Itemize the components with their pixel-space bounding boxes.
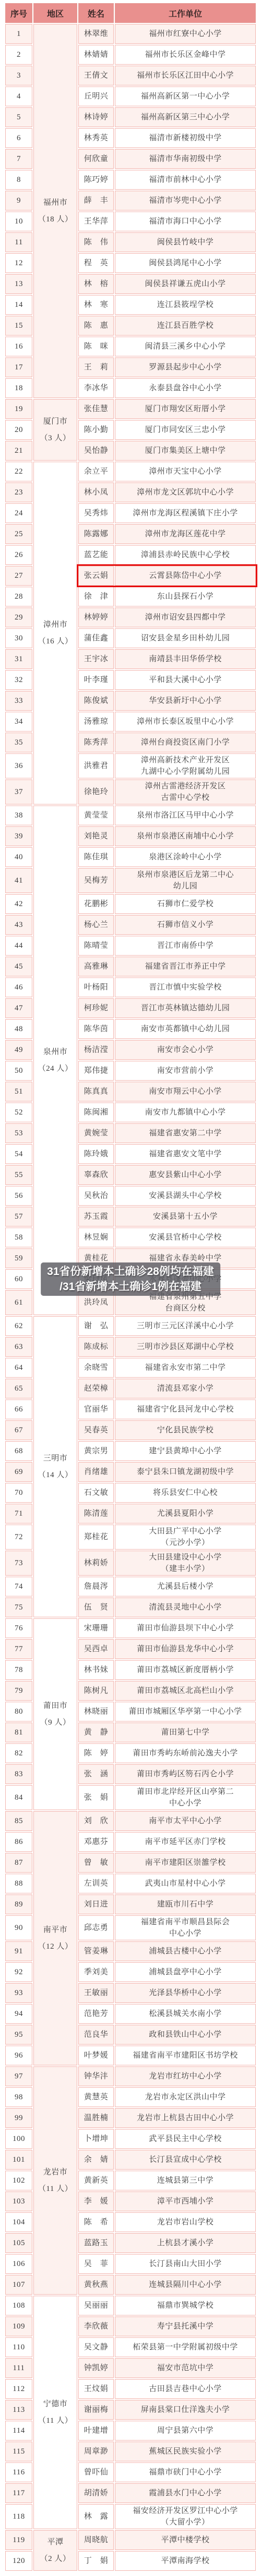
name-cell: 陈 伟 bbox=[78, 232, 114, 252]
unit-cell: 龙岩市上杭县古田中心小学 bbox=[115, 2108, 256, 2128]
unit-cell: 福州市长乐区金峰中学 bbox=[115, 45, 256, 65]
row-number-cell: 77 bbox=[5, 1639, 32, 1659]
name-cell: 伍 贤 bbox=[78, 1597, 114, 1617]
unit-cell: 龙岩市红坊中心小学 bbox=[115, 2066, 256, 2086]
unit-cell: 福清市前林中心小学 bbox=[115, 170, 256, 190]
row-number-cell: 33 bbox=[5, 691, 32, 711]
unit-cell: 漳州市龙海区程溪镇下庄小学 bbox=[115, 503, 256, 523]
name-cell: 邓惠芬 bbox=[78, 1832, 114, 1852]
name-cell: 钟凯婷 bbox=[78, 2358, 114, 2378]
row-number-cell: 88 bbox=[5, 1874, 32, 1893]
row-number-cell: 110 bbox=[5, 2337, 32, 2357]
row-number-cell: 103 bbox=[5, 2191, 32, 2211]
name-cell: 陈 婷 bbox=[78, 1743, 114, 1763]
unit-cell: 武夷山市星村中心小学 bbox=[115, 1874, 256, 1893]
row-number-cell: 37 bbox=[5, 779, 32, 804]
unit-cell: 大田县建设中心小学 （建丰小学） bbox=[115, 1551, 256, 1576]
name-cell: 季刘美 bbox=[78, 1962, 114, 1982]
row-number-cell: 41 bbox=[5, 868, 32, 893]
row-number-cell: 119 bbox=[5, 2530, 32, 2550]
row-number-cell: 16 bbox=[5, 337, 32, 356]
name-cell: 陈小勤 bbox=[78, 420, 114, 440]
name-cell: 余晓雪 bbox=[78, 1358, 114, 1378]
unit-cell: 清流县灵地中心小学 bbox=[115, 1597, 256, 1617]
region-name: 龙岩市 bbox=[35, 2166, 76, 2178]
name-cell: 杨洁滢 bbox=[78, 1040, 114, 1060]
name-cell: 刘 欣 bbox=[78, 1811, 114, 1831]
name-cell: 陈秀萍 bbox=[78, 733, 114, 752]
unit-cell: 周宁县第六中学 bbox=[115, 2421, 256, 2441]
name-cell: 吴西卓 bbox=[78, 1639, 114, 1659]
name-cell: 吴梅芳 bbox=[78, 868, 114, 893]
name-cell: 黄新英 bbox=[78, 2171, 114, 2190]
name-cell: 黄 静 bbox=[78, 1723, 114, 1742]
unit-cell: 华安县新圩中心小学 bbox=[115, 691, 256, 711]
unit-cell: 福鼎市硖门中心小学 bbox=[115, 2462, 256, 2482]
unit-cell: 晋江市慎中实验学校 bbox=[115, 977, 256, 997]
row-number-cell: 22 bbox=[5, 462, 32, 481]
name-cell: 柯珍妮 bbox=[78, 998, 114, 1018]
unit-cell: 建宁县黄埠中心小学 bbox=[115, 1441, 256, 1461]
unit-cell: 南安市会心小学 bbox=[115, 1040, 256, 1060]
row-number-cell: 2 bbox=[5, 45, 32, 65]
unit-cell: 浦城县古楼中心小学 bbox=[115, 1941, 256, 1961]
region-name: 福州市 bbox=[35, 196, 76, 209]
name-cell: 叶李瑾 bbox=[78, 670, 114, 690]
row-number-cell: 92 bbox=[5, 1962, 32, 1982]
name-cell: 王 莉 bbox=[78, 357, 114, 377]
row-number-cell: 65 bbox=[5, 1379, 32, 1398]
unit-cell: 漳州市龙海区莲花中学 bbox=[115, 524, 256, 544]
row-number-cell: 91 bbox=[5, 1941, 32, 1961]
name-cell: 林婧婧 bbox=[78, 45, 114, 65]
row-number-cell: 118 bbox=[5, 2504, 32, 2529]
row-number-cell: 114 bbox=[5, 2421, 32, 2441]
unit-cell: 霞浦县水门中心小学 bbox=[115, 2483, 256, 2503]
row-number-cell: 107 bbox=[5, 2275, 32, 2295]
row-number-cell: 45 bbox=[5, 957, 32, 976]
table-header: 序号 地区 姓名 工作单位 bbox=[5, 3, 256, 23]
unit-cell: 松溪县城关水南小学 bbox=[115, 2004, 256, 2024]
name-cell: 张云娟 bbox=[78, 566, 114, 586]
unit-cell: 莆田市仙游县龙华中心小学 bbox=[115, 1639, 256, 1659]
unit-cell: 闽侯县祥谦五虎山小学 bbox=[115, 274, 256, 294]
name-cell: 邱志勇 bbox=[78, 1915, 114, 1940]
name-cell: 官丽华 bbox=[78, 1400, 114, 1419]
unit-cell: 将乐县安仁中心校 bbox=[115, 1483, 256, 1503]
row-number-cell: 85 bbox=[5, 1811, 32, 1831]
unit-cell: 漳州高新技术产业开发区 九湖中心小学附属幼儿园 bbox=[115, 753, 256, 778]
unit-cell: 闽侯县竹岐中学 bbox=[115, 232, 256, 252]
row-number-cell: 17 bbox=[5, 357, 32, 377]
unit-cell: 政和县铁山中心小学 bbox=[115, 2025, 256, 2045]
row-number-cell: 99 bbox=[5, 2108, 32, 2128]
row-number-cell: 46 bbox=[5, 977, 32, 997]
unit-cell: 漳州市天宝中心小学 bbox=[115, 462, 256, 481]
name-cell: 杨心兰 bbox=[78, 915, 114, 935]
name-cell: 吴文静 bbox=[78, 2337, 114, 2357]
unit-cell: 福建省晋江市养正中学 bbox=[115, 957, 256, 976]
unit-cell: 漳州台商投资区南门小学 bbox=[115, 733, 256, 752]
name-cell: 程 英 bbox=[78, 253, 114, 273]
unit-cell: 石狮市仁爱学校 bbox=[115, 894, 256, 914]
region-name: 厦门市 bbox=[35, 415, 76, 428]
unit-cell: 福建省惠安文笔中学 bbox=[115, 1144, 256, 1164]
table-row: 19 厦门市 （3 人） 张佳慧 厦门市翔安区珩厝小学 bbox=[5, 399, 256, 419]
unit-cell: 长汀县宣成中心学校 bbox=[115, 2150, 256, 2170]
row-number-cell: 6 bbox=[5, 128, 32, 148]
region-count: （14 人） bbox=[35, 1469, 76, 1481]
unit-cell: 福安市范坑中学 bbox=[115, 2358, 256, 2378]
row-number-cell: 57 bbox=[5, 1207, 32, 1227]
row-number-cell: 51 bbox=[5, 1082, 32, 1101]
unit-cell: 罗源县起步中心小学 bbox=[115, 357, 256, 377]
row-number-cell: 67 bbox=[5, 1420, 32, 1440]
unit-cell: 大田县广平中心小学 （元沙小学） bbox=[115, 1525, 256, 1550]
row-number-cell: 109 bbox=[5, 2317, 32, 2336]
name-cell: 林晓丽 bbox=[78, 1702, 114, 1722]
name-cell: 高雅琳 bbox=[78, 957, 114, 976]
table-row: 119 平潭 （2 人） 周晓航 平潭中楼学校 bbox=[5, 2530, 256, 2550]
unit-cell: 厦门市集美区上塘中学 bbox=[115, 441, 256, 461]
row-number-cell: 111 bbox=[5, 2358, 32, 2378]
row-number-cell: 12 bbox=[5, 253, 32, 273]
region-count: （24 人） bbox=[35, 1062, 76, 1075]
unit-cell: 南靖县丰田华侨学校 bbox=[115, 649, 256, 669]
name-cell: 林 榕 bbox=[78, 274, 114, 294]
unit-cell: 莆田市城厢区华亭第一中心小学 bbox=[115, 1702, 256, 1722]
region-cell: 厦门市 （3 人） bbox=[33, 399, 77, 461]
unit-cell: 石狮市信义小学 bbox=[115, 915, 256, 935]
name-cell: 卜增坤 bbox=[78, 2129, 114, 2149]
row-number-cell: 62 bbox=[5, 1316, 32, 1336]
row-number-cell: 54 bbox=[5, 1144, 32, 1164]
unit-cell: 平潭南海学校 bbox=[115, 2551, 256, 2571]
name-cell: 曾吓仙 bbox=[78, 2462, 114, 2482]
name-cell: 陈树凡 bbox=[78, 1681, 114, 1701]
table-body: 1 福州市 （18 人） 林翠维 福州市红寮中心小学 2 林婧婧 福州市长乐区金… bbox=[5, 24, 256, 2571]
row-number-cell: 113 bbox=[5, 2400, 32, 2420]
row-number-cell: 116 bbox=[5, 2462, 32, 2482]
unit-cell: 宁化县民族学校 bbox=[115, 1420, 256, 1440]
table-row: 108 宁德市 （11 人） 吴丽丽 福鼎市巽城学校 bbox=[5, 2296, 256, 2315]
row-number-cell: 1 bbox=[5, 24, 32, 44]
row-number-cell: 38 bbox=[5, 806, 32, 825]
unit-cell: 福州市长乐区江田中心小学 bbox=[115, 66, 256, 85]
name-cell: 陈闽湘 bbox=[78, 1103, 114, 1122]
region-cell: 莆田市 （9 人） bbox=[33, 1618, 77, 1810]
name-cell: 蓝艺能 bbox=[78, 545, 114, 565]
row-number-cell: 81 bbox=[5, 1723, 32, 1742]
region-count: （9 人） bbox=[35, 1716, 76, 1729]
name-cell: 钟华沣 bbox=[78, 2066, 114, 2086]
row-number-cell: 97 bbox=[5, 2066, 32, 2086]
unit-cell: 福清市岑兜中心小学 bbox=[115, 191, 256, 210]
unit-cell: 安溪县第十五小学 bbox=[115, 1207, 256, 1227]
name-cell: 林小凤 bbox=[78, 482, 114, 502]
unit-cell: 南平市太平中心小学 bbox=[115, 1811, 256, 1831]
row-number-cell: 117 bbox=[5, 2483, 32, 2503]
name-cell: 陈成标 bbox=[78, 1337, 114, 1357]
name-cell: 林翠维 bbox=[78, 24, 114, 44]
unit-cell: 莆田市秀屿东峤前沁逸夫小学 bbox=[115, 1743, 256, 1763]
unit-cell: 平和县大溪中心小学 bbox=[115, 670, 256, 690]
unit-cell: 屏南县棠口仕洋逸夫小学 bbox=[115, 2400, 256, 2420]
name-cell: 李 媛 bbox=[78, 2191, 114, 2211]
name-cell: 詹晨涔 bbox=[78, 1577, 114, 1596]
unit-cell: 福建省南平市建阳区书坊学校 bbox=[115, 2046, 256, 2065]
unit-cell: 尤溪县夏阳小学 bbox=[115, 1504, 256, 1524]
row-number-cell: 27 bbox=[5, 566, 32, 586]
table-row: 85 南平市 （12 人） 刘 欣 南平市太平中心小学 bbox=[5, 1811, 256, 1831]
name-cell: 周章渺 bbox=[78, 2442, 114, 2461]
unit-cell: 南安市翔云中心小学 bbox=[115, 1082, 256, 1101]
name-cell: 黄秋燕 bbox=[78, 2275, 114, 2295]
region-count: （3 人） bbox=[35, 432, 76, 444]
region-cell: 平潭 （2 人） bbox=[33, 2530, 77, 2571]
row-number-cell: 66 bbox=[5, 1400, 32, 1419]
name-cell: 叶梦媛 bbox=[78, 2046, 114, 2065]
watermark-line2: /31省新增本土确诊1例在福建 bbox=[47, 1279, 214, 1294]
region-count: （16 人） bbox=[35, 635, 76, 648]
row-number-cell: 31 bbox=[5, 649, 32, 669]
name-cell: 陈华茵 bbox=[78, 1019, 114, 1039]
unit-cell: 闽清县三溪乡中心小学 bbox=[115, 337, 256, 356]
unit-cell: 泉州市泉港区后龙第二中心 幼儿园 bbox=[115, 868, 256, 893]
row-number-cell: 89 bbox=[5, 1894, 32, 1914]
unit-cell: 福州高新区第一中心小学 bbox=[115, 86, 256, 106]
name-cell: 陈玲娥 bbox=[78, 1144, 114, 1164]
row-number-cell: 70 bbox=[5, 1483, 32, 1503]
unit-cell: 清流县邓家小学 bbox=[115, 1379, 256, 1398]
row-number-cell: 10 bbox=[5, 212, 32, 231]
name-cell: 徐艳玲 bbox=[78, 779, 114, 804]
name-cell: 刘日进 bbox=[78, 1894, 114, 1914]
unit-cell: 三明市三元区洋溪中心小学 bbox=[115, 1316, 256, 1336]
unit-cell: 福建省永安市第二中学 bbox=[115, 1358, 256, 1378]
name-cell: 黄婉莹 bbox=[78, 1123, 114, 1143]
region-cell: 南平市 （12 人） bbox=[33, 1811, 77, 2065]
row-number-cell: 100 bbox=[5, 2129, 32, 2149]
row-number-cell: 13 bbox=[5, 274, 32, 294]
row-number-cell: 30 bbox=[5, 628, 32, 648]
row-number-cell: 76 bbox=[5, 1618, 32, 1638]
region-count: （18 人） bbox=[35, 213, 76, 226]
unit-cell: 福建省宁化县河龙中心学校 bbox=[115, 1400, 256, 1419]
unit-cell: 永泰县盘谷中心小学 bbox=[115, 378, 256, 398]
unit-cell: 福建省惠安第二中学 bbox=[115, 1123, 256, 1143]
unit-cell: 安溪县官桥中心学校 bbox=[115, 1228, 256, 1247]
row-number-cell: 35 bbox=[5, 733, 32, 752]
name-cell: 曾 敏 bbox=[78, 1853, 114, 1873]
unit-cell: 漳浦县赤岭民族中心学校 bbox=[115, 545, 256, 565]
row-number-cell: 78 bbox=[5, 1660, 32, 1680]
row-number-cell: 74 bbox=[5, 1577, 32, 1596]
unit-cell: 福清市新楼初级中学 bbox=[115, 128, 256, 148]
name-cell: 陈晴莹 bbox=[78, 936, 114, 956]
name-cell: 林诗婷 bbox=[78, 107, 114, 127]
table-row: 76 莆田市 （9 人） 宋珊珊 莆田市仙游县坝下中心小学 bbox=[5, 1618, 256, 1638]
name-cell: 徐 津 bbox=[78, 587, 114, 606]
unit-cell: 惠安县紫山中心小学 bbox=[115, 1165, 256, 1185]
name-cell: 温胜楠 bbox=[78, 2108, 114, 2128]
unit-cell: 福建省南平市顺昌县际会 中心小学 bbox=[115, 1915, 256, 1940]
row-number-cell: 52 bbox=[5, 1103, 32, 1122]
row-number-cell: 3 bbox=[5, 66, 32, 85]
name-cell: 石文敏 bbox=[78, 1483, 114, 1503]
unit-cell: 福鼎市巽城学校 bbox=[115, 2296, 256, 2315]
unit-cell: 福清市华南初级中学 bbox=[115, 149, 256, 169]
unit-cell: 古田县吉巷中心小学 bbox=[115, 2379, 256, 2399]
name-cell: 左训英 bbox=[78, 1874, 114, 1893]
row-number-cell: 82 bbox=[5, 1743, 32, 1763]
name-cell: 汤雅琼 bbox=[78, 712, 114, 732]
unit-cell: 连城县隔川中心小学 bbox=[115, 2275, 256, 2295]
row-number-cell: 120 bbox=[5, 2551, 32, 2571]
row-number-cell: 7 bbox=[5, 149, 32, 169]
name-cell: 林莉娇 bbox=[78, 1551, 114, 1576]
unit-cell: 长汀县南山大田小学 bbox=[115, 2254, 256, 2274]
name-cell: 胡清娇 bbox=[78, 2483, 114, 2503]
row-number-cell: 80 bbox=[5, 1702, 32, 1722]
name-cell: 张 涵 bbox=[78, 1764, 114, 1784]
unit-cell: 建瓯市川石中学 bbox=[115, 1894, 256, 1914]
name-cell: 谢 弘 bbox=[78, 1316, 114, 1336]
row-number-cell: 4 bbox=[5, 86, 32, 106]
unit-cell: 南平市建阳区崇雒学校 bbox=[115, 1853, 256, 1873]
name-cell: 范良华 bbox=[78, 2025, 114, 2045]
page: 序号 地区 姓名 工作单位 1 福州市 （18 人） 林翠维 福州市红寮中心小学… bbox=[0, 0, 261, 2576]
row-number-cell: 96 bbox=[5, 2046, 32, 2065]
unit-cell: 闽侯县鸿尾中心小学 bbox=[115, 253, 256, 273]
region-cell: 福州市 （18 人） bbox=[33, 24, 77, 398]
unit-cell: 三明市沙县区郑湖中心学校 bbox=[115, 1337, 256, 1357]
row-number-cell: 79 bbox=[5, 1681, 32, 1701]
name-cell: 陈 惠 bbox=[78, 316, 114, 336]
name-cell: 刘艳灵 bbox=[78, 826, 114, 846]
row-number-cell: 59 bbox=[5, 1248, 32, 1268]
unit-cell: 浦城县盘亭中心小学 bbox=[115, 1962, 256, 1982]
unit-cell: 福州市红寮中心小学 bbox=[115, 24, 256, 44]
name-cell: 范艳芳 bbox=[78, 2004, 114, 2024]
unit-cell: 安溪县湖头中心学校 bbox=[115, 1186, 256, 1206]
unit-cell: 漳州市诏安县四都中学 bbox=[115, 608, 256, 627]
name-cell: 洪雅君 bbox=[78, 753, 114, 778]
name-cell: 陈佳琪 bbox=[78, 847, 114, 867]
name-cell: 周晓航 bbox=[78, 2530, 114, 2550]
name-cell: 苏玉霞 bbox=[78, 1207, 114, 1227]
name-cell: 李冰华 bbox=[78, 378, 114, 398]
name-cell: 林婷婷 bbox=[78, 608, 114, 627]
row-number-cell: 106 bbox=[5, 2254, 32, 2274]
row-number-cell: 69 bbox=[5, 1462, 32, 1482]
name-cell: 宋珊珊 bbox=[78, 1618, 114, 1638]
unit-cell: 尤溪县后楼小学 bbox=[115, 1577, 256, 1596]
unit-cell: 莆田市荔城区北高栏山小学 bbox=[115, 1681, 256, 1701]
name-cell: 肖绪雄 bbox=[78, 1462, 114, 1482]
row-number-cell: 115 bbox=[5, 2442, 32, 2461]
row-number-cell: 39 bbox=[5, 826, 32, 846]
name-cell: 吴怡静 bbox=[78, 441, 114, 461]
name-cell: 张佳慧 bbox=[78, 399, 114, 419]
row-number-cell: 36 bbox=[5, 753, 32, 778]
name-cell: 陈露娜 bbox=[78, 524, 114, 544]
unit-cell: 龙岩市永定区洪山中学 bbox=[115, 2087, 256, 2107]
row-number-cell: 83 bbox=[5, 1764, 32, 1784]
row-number-cell: 44 bbox=[5, 936, 32, 956]
name-cell: 王华萍 bbox=[78, 212, 114, 231]
row-number-cell: 60 bbox=[5, 1269, 32, 1289]
row-number-cell: 71 bbox=[5, 1504, 32, 1524]
unit-cell: 南平市延平区赤门学校 bbox=[115, 1832, 256, 1852]
name-cell: 吴丽丽 bbox=[78, 2296, 114, 2315]
unit-cell: 漳平市西埔小学 bbox=[115, 2191, 256, 2211]
row-number-cell: 23 bbox=[5, 482, 32, 502]
row-number-cell: 108 bbox=[5, 2296, 32, 2315]
unit-cell: 莆田市仙游县坝下中心小学 bbox=[115, 1618, 256, 1638]
name-cell: 王炆娟 bbox=[78, 2379, 114, 2399]
row-number-cell: 98 bbox=[5, 2087, 32, 2107]
header-region: 地区 bbox=[33, 3, 77, 23]
region-cell: 泉州市 （24 人） bbox=[33, 806, 77, 1315]
unit-cell: 云霄县陈岱中心小学 bbox=[115, 566, 256, 586]
table-row: 22 漳州市 （16 人） 余立平 漳州市天宝中心小学 bbox=[5, 462, 256, 481]
row-number-cell: 19 bbox=[5, 399, 32, 419]
name-cell: 陈俊斌 bbox=[78, 691, 114, 711]
unit-cell: 泉州市泉港区南埔中心小学 bbox=[115, 826, 256, 846]
row-number-cell: 25 bbox=[5, 524, 32, 544]
unit-cell: 泰宁县朱口镇龙湖初级中学 bbox=[115, 1462, 256, 1482]
name-cell: 吴 菲 bbox=[78, 2254, 114, 2274]
unit-cell: 晋江市南侨中学 bbox=[115, 936, 256, 956]
row-number-cell: 105 bbox=[5, 2233, 32, 2253]
row-number-cell: 21 bbox=[5, 441, 32, 461]
name-cell: 叶杨阳 bbox=[78, 977, 114, 997]
row-number-cell: 104 bbox=[5, 2212, 32, 2232]
row-number-cell: 47 bbox=[5, 998, 32, 1018]
row-number-cell: 102 bbox=[5, 2171, 32, 2190]
table-row: 97 龙岩市 （11 人） 钟华沣 龙岩市红坊中心小学 bbox=[5, 2066, 256, 2086]
unit-cell: 连江县筱埕学校 bbox=[115, 295, 256, 315]
name-cell: 陈 咪 bbox=[78, 337, 114, 356]
row-number-cell: 42 bbox=[5, 894, 32, 914]
row-number-cell: 55 bbox=[5, 1165, 32, 1185]
name-cell: 王宇冰 bbox=[78, 649, 114, 669]
row-number-cell: 84 bbox=[5, 1785, 32, 1810]
row-number-cell: 40 bbox=[5, 847, 32, 867]
unit-cell: 福清市海口中心小学 bbox=[115, 212, 256, 231]
unit-cell: 厦门市同安区三忠小学 bbox=[115, 420, 256, 440]
name-cell: 吴秋治 bbox=[78, 1186, 114, 1206]
watermark-line1: 31省份新增本土确诊28例均在福建 bbox=[47, 1264, 214, 1279]
name-cell: 张 娟 bbox=[78, 1785, 114, 1810]
row-number-cell: 90 bbox=[5, 1915, 32, 1940]
unit-cell: 晋江市英林镇达德幼儿园 bbox=[115, 998, 256, 1018]
row-number-cell: 95 bbox=[5, 2025, 32, 2045]
unit-cell: 寿宁县托溪中学 bbox=[115, 2317, 256, 2336]
unit-cell: 漳州古雷港经济开发区 古雷中心学校 bbox=[115, 779, 256, 804]
region-cell: 宁德市 （11 人） bbox=[33, 2296, 77, 2529]
row-number-cell: 26 bbox=[5, 545, 32, 565]
header-row: 序号 地区 姓名 工作单位 bbox=[5, 3, 256, 23]
name-cell: 林 寒 bbox=[78, 295, 114, 315]
row-number-cell: 61 bbox=[5, 1290, 32, 1315]
unit-cell: 南安市九都镇中心小学 bbox=[115, 1103, 256, 1122]
unit-cell: 漳州市龙文区郭坑中心小学 bbox=[115, 482, 256, 502]
region-count: （12 人） bbox=[35, 1940, 76, 1953]
name-cell: 林 露 bbox=[78, 2504, 114, 2529]
name-cell: 郑桂花 bbox=[78, 1525, 114, 1550]
